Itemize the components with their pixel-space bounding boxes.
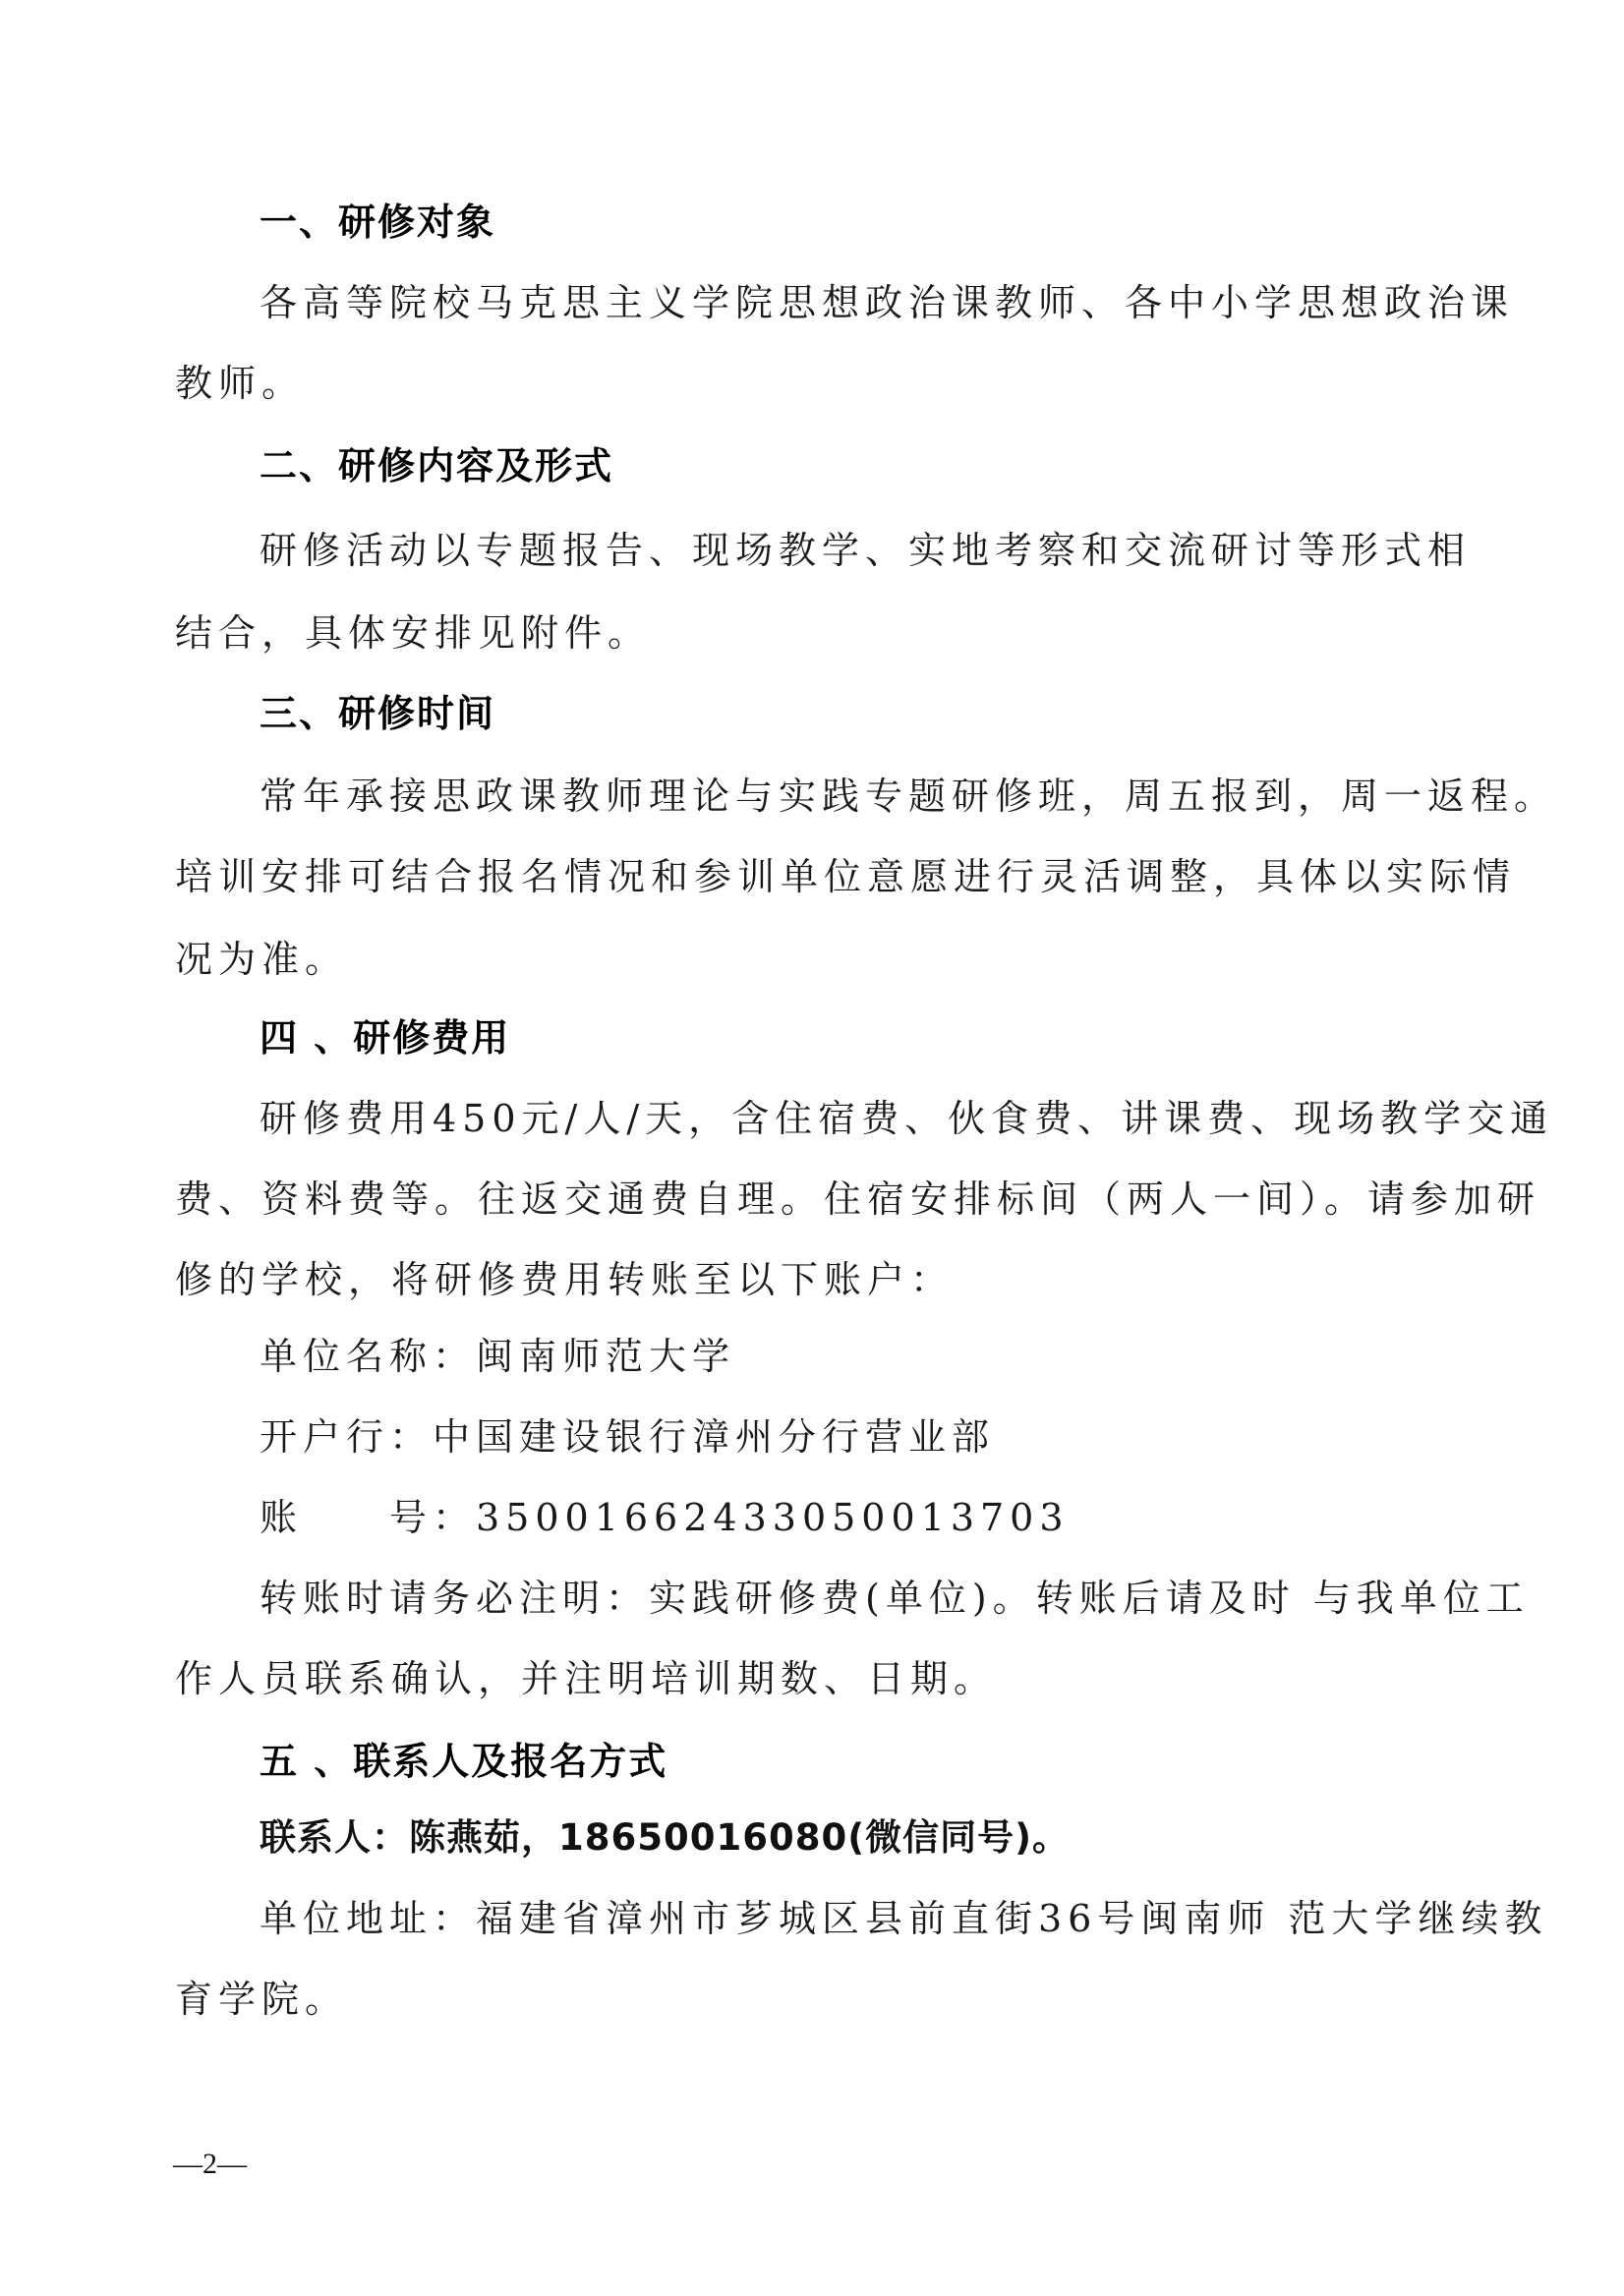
paragraph-line: 各高等院校马克思主义学院思想政治课教师、各中小学思想政治课 [260, 273, 1577, 332]
section-heading-5: 五 、联系人及报名方式 [260, 1732, 1577, 1791]
paragraph-line: 作人员联系确认，并注明培训期数、日期。 [175, 1649, 1492, 1708]
paragraph-line: 常年承接思政课教师理论与实践专题研修班，周五报到，周一返程。 [260, 767, 1577, 826]
section-heading-4: 四 、研修费用 [260, 1008, 1577, 1067]
paragraph-line: 研修费用450元/人/天，含住宿费、伙食费、讲课费、现场教学交通 [260, 1089, 1577, 1148]
section-heading-3: 三、研修时间 [260, 684, 1577, 743]
document-page: 一、研修对象 各高等院校马克思主义学院思想政治课教师、各中小学思想政治课 教师。… [0, 0, 1624, 2296]
bank-unit-name: 单位名称：闽南师范大学 [260, 1327, 1577, 1386]
paragraph-line: 结合，具体安排见附件。 [175, 603, 1492, 662]
contact-person: 联系人：陈燕茹，18650016080(微信同号)。 [260, 1808, 1577, 1867]
section-heading-2: 二、研修内容及形式 [260, 436, 1577, 495]
paragraph-line: 教师。 [175, 354, 1492, 413]
paragraph-line: 研修活动以专题报告、现场教学、实地考察和交流研讨等形式相 [260, 521, 1577, 580]
unit-address: 单位地址：福建省漳州市芗城区县前直街36号闽南师 范大学继续教 [260, 1889, 1577, 1948]
section-heading-1: 一、研修对象 [260, 193, 1577, 252]
paragraph-line: 况为准。 [175, 930, 1492, 989]
paragraph-line: 转账时请务必注明：实践研修费(单位)。转账后请及时 与我单位工 [260, 1569, 1577, 1628]
bank-name: 开户行：中国建设银行漳州分行营业部 [260, 1407, 1577, 1466]
bank-account-number: 账 号：35001662433050013703 [260, 1488, 1577, 1547]
paragraph-line: 育学院。 [175, 1970, 1492, 2029]
paragraph-line: 费、资料费等。往返交通费自理。住宿安排标间（两人一间）。请参加研 [175, 1170, 1492, 1229]
paragraph-line: 培训安排可结合报名情况和参训单位意愿进行灵活调整，具体以实际情 [175, 847, 1492, 906]
page-number: —2— [173, 2143, 247, 2186]
paragraph-line: 修的学校，将研修费用转账至以下账户： [175, 1250, 1492, 1309]
